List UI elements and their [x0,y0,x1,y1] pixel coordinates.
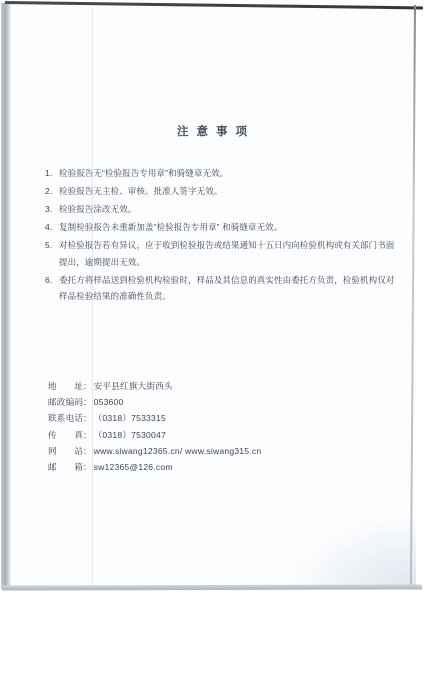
contact-colon: ： [83,443,92,459]
contact-value: www.siwang12365.cn/ www.siwang315.cn [94,446,262,456]
notice-item: 4. 复制检验报告未重新加盖“检验报告专用章” 和骑缝章无效。 [45,219,401,236]
contact-row-address: 地址：安平县红旗大街西头 [48,378,261,394]
notice-number: 3. [45,201,59,218]
contact-label: 邮政编码 [48,394,83,410]
scan-edge-bottom [2,584,422,590]
contact-row-website: 网站：www.siwang12365.cn/ www.siwang315.cn [48,443,261,459]
contact-value: （0318）7533315 [94,413,166,423]
notice-item: 6. 委托方将样品送到检验机构检验时，样品及其信息的真实性由委托方负责，检验机构… [45,272,401,305]
contact-label: 网站 [48,443,83,459]
contact-block: 地址：安平县红旗大街西头 邮政编码：053600 联系电话：（0318）7533… [48,378,261,475]
contact-label: 联系电话 [48,410,83,426]
notice-item: 1. 检验报告无“检验报告专用章”和骑缝章无效。 [45,165,401,182]
contact-colon: ： [83,459,92,475]
contact-colon: ： [83,394,92,410]
contact-row-phone: 联系电话：（0318）7533315 [48,410,261,426]
contact-value: sw12365@126.com [94,462,173,472]
notice-number: 5. [45,237,59,270]
notice-text: 对检验报告若有异议，应于收到检验报告或结果通知十五日内向检验机构或有关部门书面提… [59,237,401,270]
notice-number: 4. [45,219,59,236]
contact-value: 053600 [94,397,124,407]
contact-colon: ： [83,427,92,443]
contact-label: 邮箱 [48,459,83,475]
notices-list: 1. 检验报告无“检验报告专用章”和骑缝章无效。 2. 检验报告无主检、审核、批… [45,165,401,306]
contact-label: 地址 [48,378,83,394]
page-title: 注意事项 [6,123,416,139]
notice-number: 2. [45,183,59,200]
contact-row-email: 邮箱：sw12365@126.com [48,459,261,475]
notice-number: 6. [45,272,59,305]
scan-corner-shadow [276,508,416,588]
contact-colon: ： [83,410,92,426]
contact-colon: ： [83,378,92,394]
notice-item: 2. 检验报告无主检、审核、批准人签字无效。 [45,183,401,200]
contact-label: 传真 [48,427,83,443]
scan-canvas: 注意事项 1. 检验报告无“检验报告专用章”和骑缝章无效。 2. 检验报告无主检… [0,0,424,700]
notice-item: 5. 对检验报告若有异议，应于收到检验报告或结果通知十五日内向检验机构或有关部门… [45,237,401,270]
notice-text: 委托方将样品送到检验机构检验时，样品及其信息的真实性由委托方负责，检验机构仅对样… [59,272,401,305]
notice-text: 检验报告涂改无效。 [59,201,401,218]
notice-number: 1. [45,165,59,182]
notice-text: 检验报告无主检、审核、批准人签字无效。 [59,183,401,200]
contact-value: （0318）7530047 [94,430,166,440]
contact-value: 安平县红旗大街西头 [94,381,173,391]
contact-row-postcode: 邮政编码：053600 [48,394,261,410]
scanned-page: 注意事项 1. 检验报告无“检验报告专用章”和骑缝章无效。 2. 检验报告无主检… [6,3,416,588]
notice-text: 复制检验报告未重新加盖“检验报告专用章” 和骑缝章无效。 [59,219,401,236]
contact-row-fax: 传真：（0318）7530047 [48,427,261,443]
notice-item: 3. 检验报告涂改无效。 [45,201,401,218]
scan-left-strip [1,3,11,589]
notice-text: 检验报告无“检验报告专用章”和骑缝章无效。 [59,165,401,182]
